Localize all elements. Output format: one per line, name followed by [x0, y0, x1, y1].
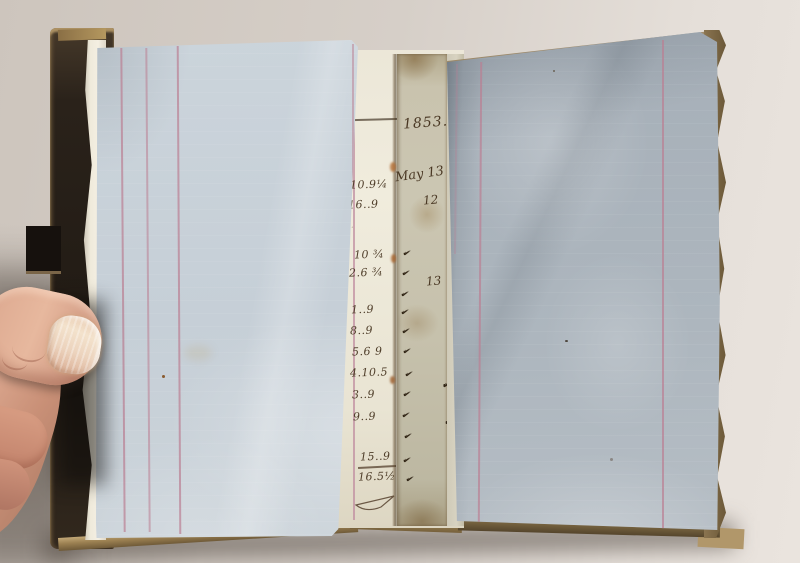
blank-page-left: [96, 40, 358, 538]
check-mark: ✔: [405, 476, 414, 485]
amount-entry-total: 16.5½: [358, 470, 396, 482]
paper-speck: [565, 340, 568, 342]
amount-entry-subtotal: 15..9: [360, 450, 391, 462]
check-mark: ✔: [401, 270, 410, 279]
entry-day-label: 13: [426, 274, 442, 287]
paper-speck: [610, 458, 613, 461]
check-mark: ✔: [400, 309, 409, 318]
ledger-page-middle: ··· ··· 10.9¼ 16..9 ·· 10 ¾ 2.6 ¾ 1..9 8…: [336, 50, 464, 528]
rust-stain: [391, 254, 396, 263]
check-mark: ✔: [402, 457, 411, 466]
entry-day-label: 12: [423, 193, 439, 206]
amount-entry: 4.10.5: [350, 366, 388, 378]
amount-entry: 9..9: [353, 411, 376, 423]
amount-entry: 1..9: [351, 304, 374, 316]
paper-speck: [162, 375, 165, 378]
blank-page-right: [447, 32, 722, 534]
margin-rule-line: [478, 62, 482, 524]
margin-rule-line: [177, 46, 182, 534]
amount-entry: 2.6 ¾: [349, 266, 384, 278]
check-mark: ✔: [402, 348, 411, 357]
amount-entry: 5.6 9: [352, 345, 383, 357]
paper-speck: [553, 70, 555, 72]
check-mark: ✔: [402, 391, 411, 400]
check-mark: ✔: [402, 250, 411, 259]
cover-clasp-tab: [26, 226, 61, 274]
rust-stain: [390, 376, 395, 384]
amount-entry: 10 ¾: [354, 248, 385, 260]
year-label: 1853.: [403, 114, 449, 131]
aged-page-strip: 1853. May 13 12 13 ✔ ✔ ✔ ✔ ✔ ✔ ✔ ✔ ✔ ✔ ✔…: [397, 54, 447, 526]
margin-rule-line: [454, 64, 458, 254]
amount-entry: 8..9: [350, 325, 373, 337]
amount-entry: 16..9: [348, 198, 379, 210]
margin-rule-line: [662, 40, 664, 530]
total-rule-line: [358, 465, 396, 469]
check-mark: ✔: [404, 371, 413, 380]
paper-stain: [184, 345, 212, 361]
check-mark: ✔: [401, 412, 410, 421]
photo-of-open-ledger-book: ··· ··· 10.9¼ 16..9 ·· 10 ¾ 2.6 ¾ 1..9 8…: [0, 0, 800, 563]
check-mark: ✔: [400, 291, 409, 300]
margin-rule-line: [145, 48, 150, 532]
cover-top-edge: [58, 28, 106, 41]
hand: [0, 288, 125, 550]
check-mark: ✔: [403, 433, 412, 442]
entry-date-label: May 13: [394, 165, 444, 185]
amount-entry: 3..9: [352, 389, 375, 401]
check-mark: ✔: [401, 328, 410, 337]
amount-entry: 10.9¼: [350, 178, 388, 190]
